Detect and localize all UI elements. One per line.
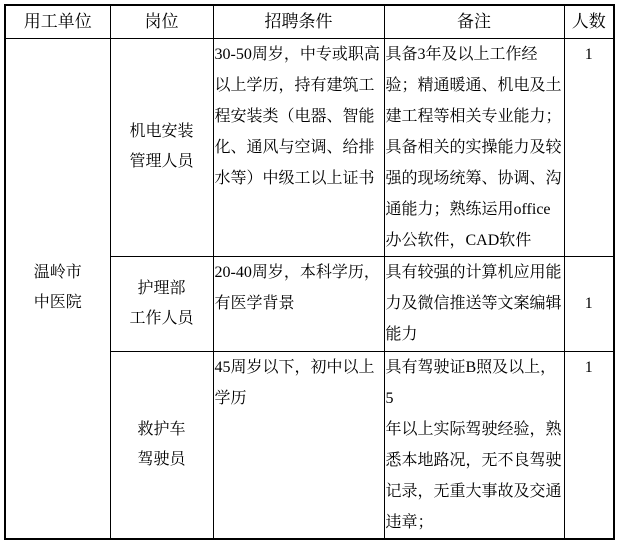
remarks-cell-1: 具备3年及以上工作经 验；精通暖通、机电及土 建工程等相关专业能力； 具备相关的…: [384, 38, 564, 256]
conditions-cell-3: 45周岁以下，初中以上 学历: [213, 351, 384, 539]
count-cell-3: 1: [564, 351, 614, 539]
header-employer: 用工单位: [5, 5, 110, 38]
header-position: 岗位: [110, 5, 213, 38]
page: 用工单位 岗位 招聘条件 备注 人数 温岭市 中医院 机电安装 管理人员 30-…: [0, 0, 618, 510]
remarks-cell-2: 具有较强的计算机应用能 力及微信推送等文案编辑 能力: [384, 256, 564, 351]
employer-cell: 温岭市 中医院: [5, 38, 110, 539]
header-count: 人数: [564, 5, 614, 38]
count-cell-1: 1: [564, 38, 614, 256]
table-row-1: 温岭市 中医院 机电安装 管理人员 30-50周岁，中专或职高 以上学历，持有建…: [5, 38, 614, 256]
position-cell-2: 护理部 工作人员: [110, 256, 213, 351]
header-remarks: 备注: [384, 5, 564, 38]
count-cell-2: 1: [564, 256, 614, 351]
remarks-cell-3: 具有驾驶证B照及以上，5 年以上实际驾驶经验，熟 悉本地路况，无不良驾驶 记录，…: [384, 351, 564, 539]
position-cell-1: 机电安装 管理人员: [110, 38, 213, 256]
table-header-row: 用工单位 岗位 招聘条件 备注 人数: [5, 5, 614, 38]
conditions-cell-2: 20-40周岁，本科学历， 有医学背景: [213, 256, 384, 351]
conditions-cell-1: 30-50周岁，中专或职高 以上学历，持有建筑工 程安装类（电器、智能 化、通风…: [213, 38, 384, 256]
header-conditions: 招聘条件: [213, 5, 384, 38]
recruitment-table: 用工单位 岗位 招聘条件 备注 人数 温岭市 中医院 机电安装 管理人员 30-…: [4, 4, 615, 540]
position-cell-3: 救护车 驾驶员: [110, 351, 213, 539]
